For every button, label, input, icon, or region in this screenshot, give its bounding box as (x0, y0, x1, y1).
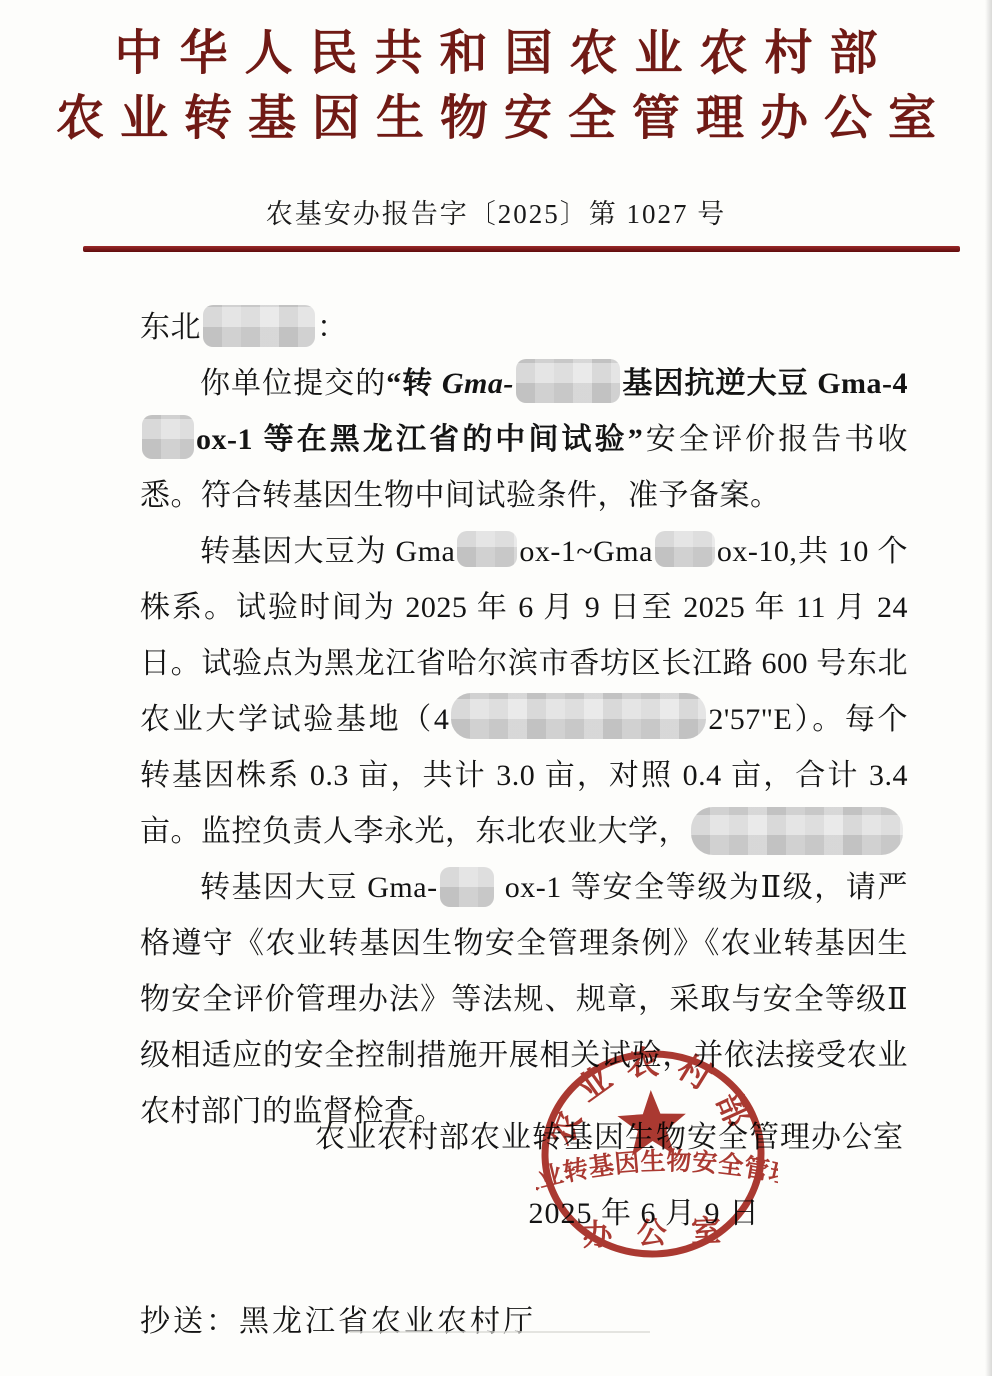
p1-gene-name-2: Gma-4 (817, 367, 908, 400)
seal-bottom-text: 办 公 室 (582, 1214, 730, 1252)
redaction-block (440, 867, 494, 907)
p3-gene-name: Gma- (367, 871, 437, 904)
redaction-block (451, 693, 706, 739)
p1-bold-title-end: ox-1 等在黑龙江省的中间试验” (196, 423, 643, 456)
red-divider (83, 246, 960, 252)
p2-gene-name: Gma (396, 535, 456, 568)
redaction-block (457, 531, 517, 567)
redaction-block (142, 415, 194, 459)
addressee-line: 东北： (140, 300, 908, 356)
p2-gene-range: ox-1~Gma (519, 535, 653, 568)
letterhead: 中华人民共和国农业农村部 农业转基因生物安全管理办公室 (0, 0, 992, 150)
paragraph-1: 你单位提交的“转 Gma-基因抗逆大豆 Gma-4ox-1 等在黑龙江省的中间试… (140, 356, 908, 524)
redaction-block (516, 359, 620, 403)
redaction-block (203, 305, 315, 347)
letterhead-line1: 中华人民共和国农业农村部 (0, 24, 992, 84)
redaction-block (691, 807, 903, 855)
svg-text:农业转基因生物安全管理: 农业转基因生物安全管理 (536, 1143, 778, 1201)
letterhead-line2: 农业转基因生物安全管理办公室 (0, 88, 992, 150)
addressee-colon: ： (317, 311, 348, 344)
p1-text: 你单位提交的 (200, 367, 386, 400)
p3-text: 转基因大豆 (200, 871, 367, 904)
redaction-block (655, 531, 715, 567)
p3-regulations: ox-1 等安全等级为Ⅱ级，请严格遵守《农业转基因生物安全管理条例》《农业转基因… (140, 871, 908, 1128)
scan-edge-shadow (985, 0, 992, 1376)
paragraph-2: 转基因大豆为 Gmaox-1~Gmaox-10,共 10 个株系。试验时间为 2… (140, 524, 908, 860)
doc-number: 农基安办报告字〔2025〕第 1027 号 (0, 192, 992, 231)
p1-bold-text: 基因抗逆大豆 (622, 367, 817, 400)
paragraph-3: 转基因大豆 Gma- ox-1 等安全等级为Ⅱ级，请严格遵守《农业转基因生物安全… (140, 860, 908, 1140)
p2-text: 转基因大豆为 (200, 535, 396, 568)
seal-star-icon (617, 1089, 688, 1156)
letter-page: 中华人民共和国农业农村部 农业转基因生物安全管理办公室 农基安办报告字〔2025… (0, 0, 992, 1376)
addressee-prefix: 东北 (140, 311, 201, 344)
letter-body: 东北： 你单位提交的“转 Gma-基因抗逆大豆 Gma-4ox-1 等在黑龙江省… (140, 300, 908, 1140)
cc-line: 抄送：黑龙江省农业农村厅 (140, 1296, 536, 1340)
seal-middle-text: 农业转基因生物安全管理 (536, 1143, 778, 1201)
official-seal: 农业农村部 农业转基因生物安全管理 办 公 室 (536, 1036, 778, 1278)
p1-gene-name: Gma- (442, 367, 514, 400)
p1-bold-quote: “转 (386, 367, 442, 400)
scan-artifact-line (350, 1331, 650, 1333)
